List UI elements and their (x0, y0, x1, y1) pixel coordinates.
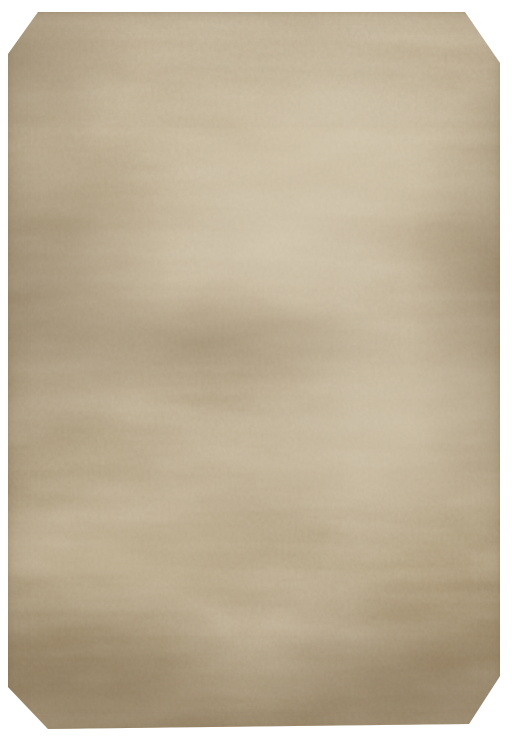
product-photo-canvas (0, 0, 512, 740)
rug-edge-vignette (8, 12, 500, 732)
rug-image (8, 12, 500, 732)
